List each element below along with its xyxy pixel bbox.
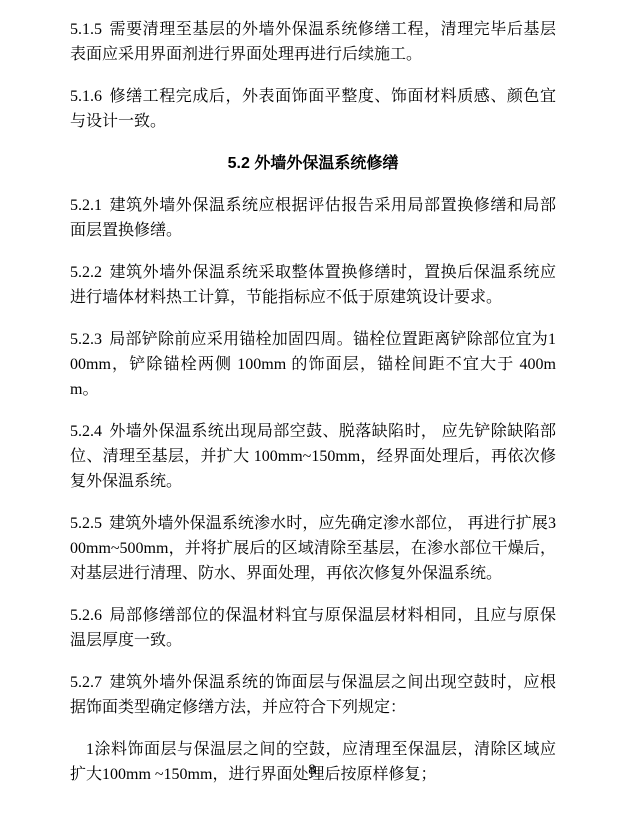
clause-text: 建筑外墙外保温系统采取整体置换修缮时，置换后保温系统应进行墙体材料热工计算，节能… (70, 264, 556, 306)
section-heading-5-2: 5.2 外墙外保温系统修缮 (70, 151, 556, 176)
clause-number: 5.1.5 (70, 21, 102, 38)
clause-text: 建筑外墙外保温系统的饰面层与保温层之间出现空鼓时，应根据饰面类型确定修缮方法，并… (70, 674, 556, 716)
clause-5-1-5: 5.1.5需要清理至基层的外墙外保温系统修缮工程，清理完毕后基层表面应采用界面剂… (70, 17, 556, 67)
clause-text: 建筑外墙外保温系统应根据评估报告采用局部置换修缮和局部面层置换修缮。 (70, 197, 556, 239)
clause-number: 5.2.2 (70, 264, 102, 281)
clause-5-2-6: 5.2.6局部修缮部位的保温材料宜与原保温层材料相同，且应与原保温层厚度一致。 (70, 603, 556, 653)
page-number: 8 (0, 760, 624, 780)
clause-number: 5.2.1 (70, 197, 102, 214)
clause-text: 局部修缮部位的保温材料宜与原保温层材料相同，且应与原保温层厚度一致。 (70, 607, 556, 649)
clause-number: 5.2.6 (70, 607, 102, 624)
clause-number: 5.2.4 (70, 423, 102, 440)
page-content: 5.1.5需要清理至基层的外墙外保温系统修缮工程，清理完毕后基层表面应采用界面剂… (70, 17, 556, 804)
clause-5-2-3: 5.2.3局部铲除前应采用锚栓加固四周。锚栓位置距离铲除部位宜为100mm，铲除… (70, 327, 556, 402)
clause-text: 修缮工程完成后，外表面饰面平整度、饰面材料质感、颜色宜与设计一致。 (70, 88, 556, 130)
clause-text: 需要清理至基层的外墙外保温系统修缮工程，清理完毕后基层表面应采用界面剂进行界面处… (70, 21, 556, 63)
clause-number: 5.2.7 (70, 674, 102, 691)
clause-text: 建筑外墙外保温系统渗水时，应先确定渗水部位， 再进行扩展300mm~500mm，… (70, 515, 556, 582)
clause-number: 5.2.5 (70, 515, 102, 532)
clause-5-2-7: 5.2.7建筑外墙外保温系统的饰面层与保温层之间出现空鼓时，应根据饰面类型确定修… (70, 670, 556, 720)
clause-5-2-2: 5.2.2建筑外墙外保温系统采取整体置换修缮时，置换后保温系统应进行墙体材料热工… (70, 260, 556, 310)
clause-text: 外墙外保温系统出现局部空鼓、脱落缺陷时， 应先铲除缺陷部位、清理至基层，并扩大 … (70, 423, 556, 490)
document-page: 5.1.5需要清理至基层的外墙外保温系统修缮工程，清理完毕后基层表面应采用界面剂… (0, 0, 624, 824)
clause-number: 5.1.6 (70, 88, 102, 105)
clause-number: 5.2.3 (70, 331, 102, 348)
clause-5-2-4: 5.2.4外墙外保温系统出现局部空鼓、脱落缺陷时， 应先铲除缺陷部位、清理至基层… (70, 419, 556, 494)
clause-text: 局部铲除前应采用锚栓加固四周。锚栓位置距离铲除部位宜为100mm，铲除锚栓两侧 … (70, 331, 556, 398)
clause-5-2-1: 5.2.1建筑外墙外保温系统应根据评估报告采用局部置换修缮和局部面层置换修缮。 (70, 193, 556, 243)
clause-5-1-6: 5.1.6修缮工程完成后，外表面饰面平整度、饰面材料质感、颜色宜与设计一致。 (70, 84, 556, 134)
clause-5-2-5: 5.2.5建筑外墙外保温系统渗水时，应先确定渗水部位， 再进行扩展300mm~5… (70, 511, 556, 586)
